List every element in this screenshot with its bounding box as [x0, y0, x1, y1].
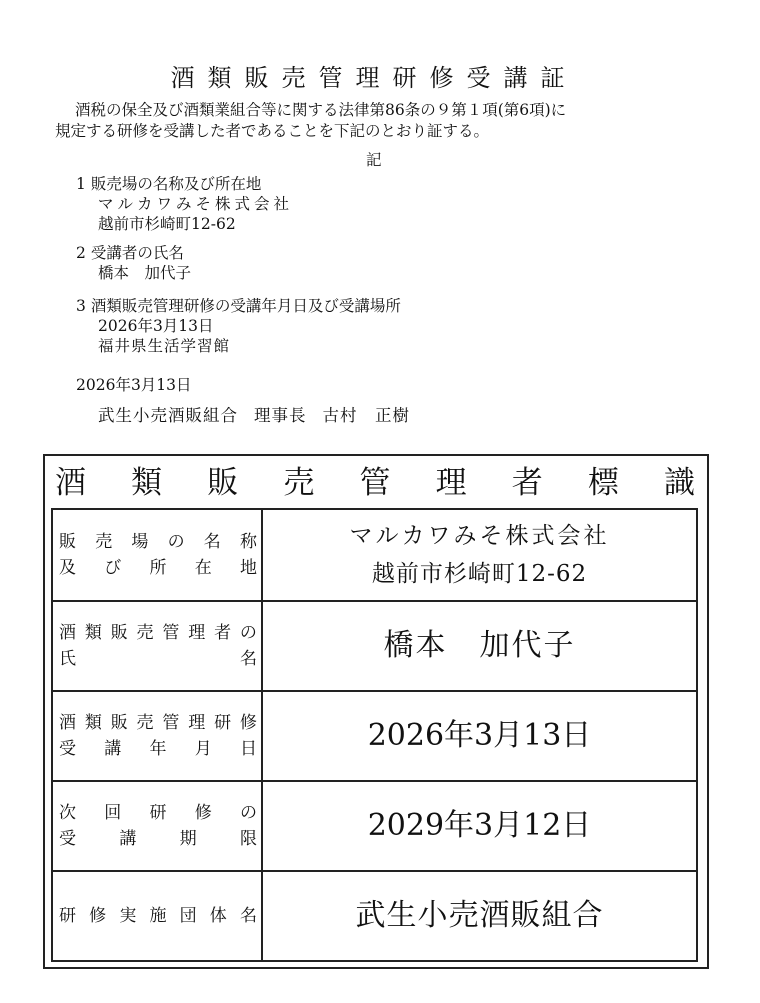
- sign-value-organizer: 武生小売酒販組合: [263, 872, 696, 960]
- sign-value-manager: 橋本 加代子: [263, 602, 696, 690]
- statement-line-2: 規定する研修を受講した者であることを下記のとおり証する。: [55, 121, 489, 142]
- sign-table: 販 売 場 の 名 称 及 び 所 在 地 マルカワみそ株式会社 越前市杉崎町1…: [51, 508, 698, 962]
- issuer-name: 古村 正樹: [323, 402, 411, 426]
- item-heading-text: 受講者の氏名: [91, 244, 184, 262]
- item-2-attendee-name: 橋本 加代子: [98, 263, 191, 283]
- sign-value-shop: マルカワみそ株式会社 越前市杉崎町12-62: [263, 510, 696, 600]
- sign-shop-address: 越前市杉崎町12-62: [372, 555, 587, 593]
- sign-label-training-date: 酒 類 販 売 管 理 研 修 受 講 年 月 日: [53, 692, 263, 780]
- sign-title-char: 者: [512, 463, 543, 503]
- issuer-position: 理事長: [254, 402, 307, 426]
- sign-row-manager: 酒 類 販 売 管 理 者 の 氏 名 橋本 加代子: [53, 602, 696, 692]
- item-number: 3: [76, 297, 86, 315]
- sign-title-char: 類: [131, 463, 162, 503]
- issuer-line: 武生小売酒販組合理事長古村 正樹: [98, 402, 410, 426]
- item-heading-text: 販売場の名称及び所在地: [91, 175, 262, 193]
- sign-title-char: 標: [588, 463, 619, 503]
- sign-label-next-deadline: 次 回 研 修 の 受 講 期 限: [53, 782, 263, 870]
- sign-row-shop: 販 売 場 の 名 称 及 び 所 在 地 マルカワみそ株式会社 越前市杉崎町1…: [53, 510, 696, 602]
- item-heading-text: 酒類販売管理研修の受講年月日及び受講場所: [91, 297, 401, 315]
- sign-shop-name: マルカワみそ株式会社: [350, 517, 610, 555]
- item-1-heading: 1 販売場の名称及び所在地: [76, 174, 261, 194]
- sign-title-char: 理: [436, 463, 467, 503]
- item-1-address: 越前市杉崎町12-62: [98, 214, 236, 234]
- item-3-heading: 3 酒類販売管理研修の受講年月日及び受講場所: [76, 296, 401, 316]
- sign-title-char: 販: [207, 463, 238, 503]
- sign-title-char: 識: [664, 463, 695, 503]
- sign-label-shop: 販 売 場 の 名 称 及 び 所 在 地: [53, 510, 263, 600]
- statement-line-1: 酒税の保全及び酒類業組合等に関する法律第86条の９第１項(第6項)に: [75, 100, 566, 121]
- sign-row-next-deadline: 次 回 研 修 の 受 講 期 限 2029年3月12日: [53, 782, 696, 872]
- sign-label-organizer: 研 修 実 施 団 体 名: [53, 872, 263, 960]
- sign-title-char: 管: [360, 463, 391, 503]
- item-3-date: 2026年3月13日: [98, 316, 214, 336]
- item-2-heading: 2 受講者の氏名: [76, 243, 184, 263]
- item-number: 1: [76, 175, 86, 193]
- item-3-venue: 福井県生活学習館: [98, 336, 230, 356]
- item-number: 2: [76, 244, 86, 262]
- sign-row-organizer: 研 修 実 施 団 体 名 武生小売酒販組合: [53, 872, 696, 960]
- issuer-organization: 武生小売酒販組合: [98, 402, 238, 426]
- sign-title: 酒 類 販 売 管 理 者 標 識: [55, 463, 695, 503]
- sign-label-manager: 酒 類 販 売 管 理 者 の 氏 名: [53, 602, 263, 690]
- issue-date: 2026年3月13日: [76, 373, 192, 395]
- sign-title-char: 酒: [55, 463, 86, 503]
- sign-value-next-deadline: 2029年3月12日: [263, 782, 696, 870]
- sign-value-training-date: 2026年3月13日: [263, 692, 696, 780]
- ki-heading: 記: [366, 148, 382, 170]
- item-1-shop-name: マルカワみそ株式会社: [98, 194, 293, 214]
- sign-row-training-date: 酒 類 販 売 管 理 研 修 受 講 年 月 日 2026年3月13日: [53, 692, 696, 782]
- sign-title-char: 売: [283, 463, 314, 503]
- certificate-title: 酒類販売管理研修受講証: [0, 62, 748, 94]
